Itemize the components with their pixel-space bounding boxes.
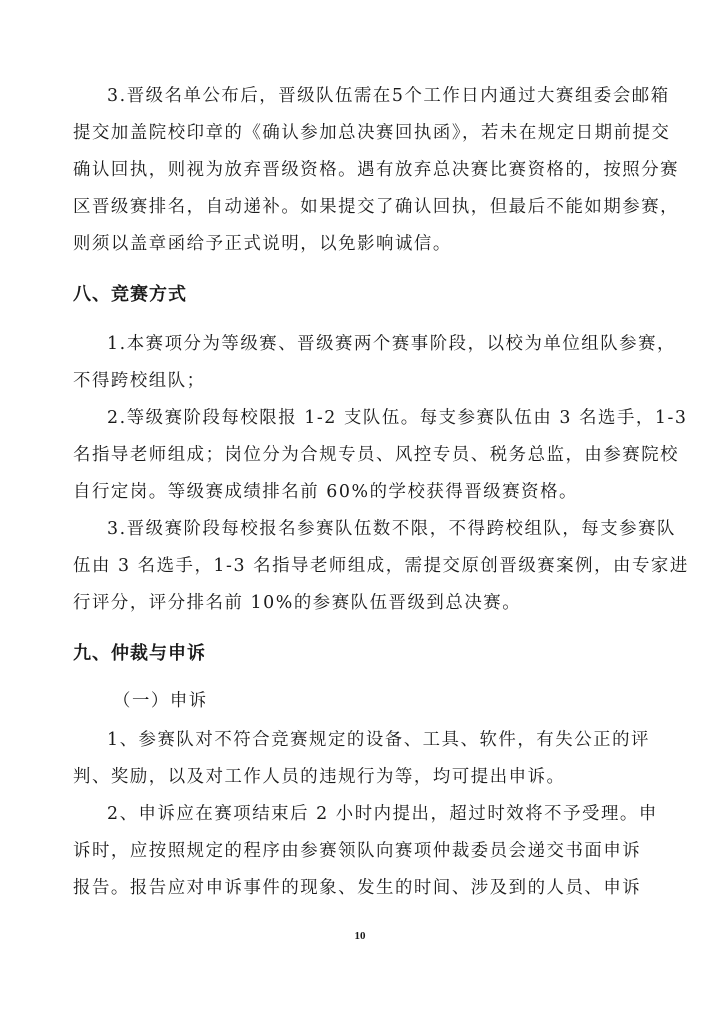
paragraph-line: 1、参赛队对不符合竞赛规定的设备、工具、软件，有失公正的评	[107, 729, 647, 751]
paragraph-line: 不得跨校组队；	[73, 370, 647, 392]
section-heading-8: 八、竞赛方式	[73, 284, 647, 306]
paragraph-line: 2、申诉应在赛项结束后 2 小时内提出，超过时效将不予受理。申	[107, 803, 647, 825]
paragraph-line: 自行定岗。等级赛成绩排名前 60%的学校获得晋级赛资格。	[73, 481, 647, 503]
document-page: 3.晋级名单公布后，晋级队伍需在5个工作日内通过大赛组委会邮箱 提交加盖院校印章…	[0, 0, 720, 1018]
paragraph-line: 判、奖励，以及对工作人员的违规行为等，均可提出申诉。	[73, 766, 647, 788]
paragraph-line: 则须以盖章函给予正式说明，以免影响诚信。	[73, 233, 647, 255]
paragraph-line: 诉时，应按照规定的程序由参赛领队向赛项仲裁委员会递交书面申诉	[73, 840, 647, 862]
paragraph-line: 2.等级赛阶段每校限报 1-2 支队伍。每支参赛队伍由 3 名选手，1-3	[107, 407, 647, 429]
paragraph-line: 行评分，评分排名前 10%的参赛队伍晋级到总决赛。	[73, 592, 647, 614]
paragraph-line: 提交加盖院校印章的《确认参加总决赛回执函》，若未在规定日期前提交	[73, 122, 647, 144]
subsection-heading: （一）申诉	[113, 690, 687, 712]
page-number: 10	[0, 930, 720, 942]
paragraph-line: 报告。报告应对申诉事件的现象、发生的时间、涉及到的人员、申诉	[73, 877, 647, 899]
paragraph-line: 区晋级赛排名，自动递补。如果提交了确认回执，但最后不能如期参赛，	[73, 196, 647, 218]
paragraph-line: 确认回执，则视为放弃晋级资格。遇有放弃总决赛比赛资格的，按照分赛	[73, 159, 647, 181]
paragraph-line: 3.晋级赛阶段每校报名参赛队伍数不限，不得跨校组队，每支参赛队	[107, 518, 647, 540]
paragraph-line: 3.晋级名单公布后，晋级队伍需在5个工作日内通过大赛组委会邮箱	[107, 85, 647, 107]
paragraph-line: 名指导老师组成；岗位分为合规专员、风控专员、税务总监，由参赛院校	[73, 444, 647, 466]
paragraph-line: 伍由 3 名选手，1-3 名指导老师组成，需提交原创晋级赛案例，由专家进	[73, 555, 647, 577]
paragraph-line: 1.本赛项分为等级赛、晋级赛两个赛事阶段，以校为单位组队参赛，	[107, 333, 647, 355]
section-heading-9: 九、仲裁与申诉	[73, 643, 647, 665]
